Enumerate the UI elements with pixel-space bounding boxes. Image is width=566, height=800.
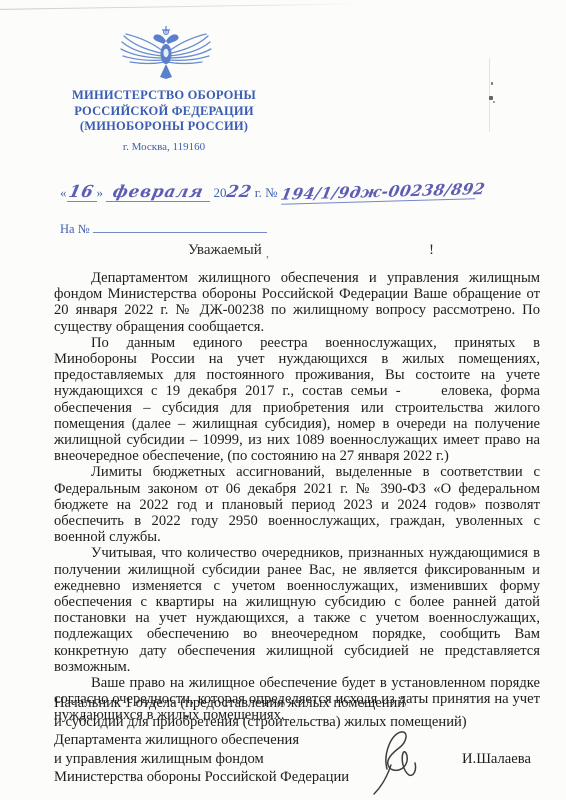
scan-speck-artifact [493, 101, 495, 103]
scan-speck-artifact [489, 96, 493, 100]
paragraph-2: По данным единого реестра военнослужащих… [54, 335, 540, 465]
paragraph-4: Учитывая, что количество очередников, пр… [54, 545, 540, 675]
incoming-reference-line: На № [60, 219, 267, 237]
day-blank: 16 [67, 182, 97, 202]
handwritten-outgoing-number: 194/1/9дж-00238/892 [279, 179, 487, 204]
scan-fold-line-artifact [489, 58, 490, 132]
ministry-line-2: РОССИЙСКОЙ ФЕДЕРАЦИИ [34, 104, 294, 120]
handwritten-month: февраля [111, 182, 206, 201]
signer-name: И.Шалаева [462, 751, 531, 768]
paragraph-3: Лимиты бюджетных ассигнований, выделенны… [54, 464, 540, 545]
ministry-line-3: (МИНОБОРОНЫ РОССИИ) [34, 119, 294, 135]
letterhead-ministry-name: МИНИСТЕРСТВО ОБОРОНЫ РОССИЙСКОЙ ФЕДЕРАЦИ… [34, 88, 294, 135]
ministry-line-1: МИНИСТЕРСТВО ОБОРОНЫ [34, 88, 294, 104]
number-blank: 194/1/9дж-00238/892 [281, 179, 475, 204]
scan-speck-artifact [491, 82, 493, 85]
month-blank: февраля [106, 182, 210, 202]
scanned-letter-page: МИНИСТЕРСТВО ОБОРОНЫ РОССИЙСКОЙ ФЕДЕРАЦИ… [0, 0, 566, 800]
paragraph-1: Департаментом жилищного обеспечения и уп… [54, 270, 540, 335]
letterhead-address: г. Москва, 119160 [34, 141, 294, 153]
mod-double-headed-eagle-icon [118, 24, 214, 84]
reference-label: На № [60, 222, 90, 236]
handwritten-signature-icon [356, 724, 440, 798]
letter-body: Департаментом жилищного обеспечения и уп… [54, 270, 540, 724]
handwritten-day: 16 [67, 182, 96, 201]
handwritten-year: 22 [224, 182, 253, 201]
reference-blank [93, 219, 267, 233]
number-label: г. № [255, 185, 278, 200]
redacted-name-mark: , [266, 246, 269, 261]
signoff-line-1: Начальник 1 отдела (предоставления жилых… [54, 694, 467, 713]
scan-edge-artifact [0, 3, 366, 10]
salutation-word: Уважаемый [188, 242, 262, 259]
salutation-exclamation: ! [429, 242, 434, 259]
salutation-line: Уважаемый , ! [0, 242, 566, 262]
close-quote: » [97, 185, 104, 200]
date-and-number-line: «16» февраля 2022 г. № 194/1/9дж-00238/8… [60, 182, 475, 202]
